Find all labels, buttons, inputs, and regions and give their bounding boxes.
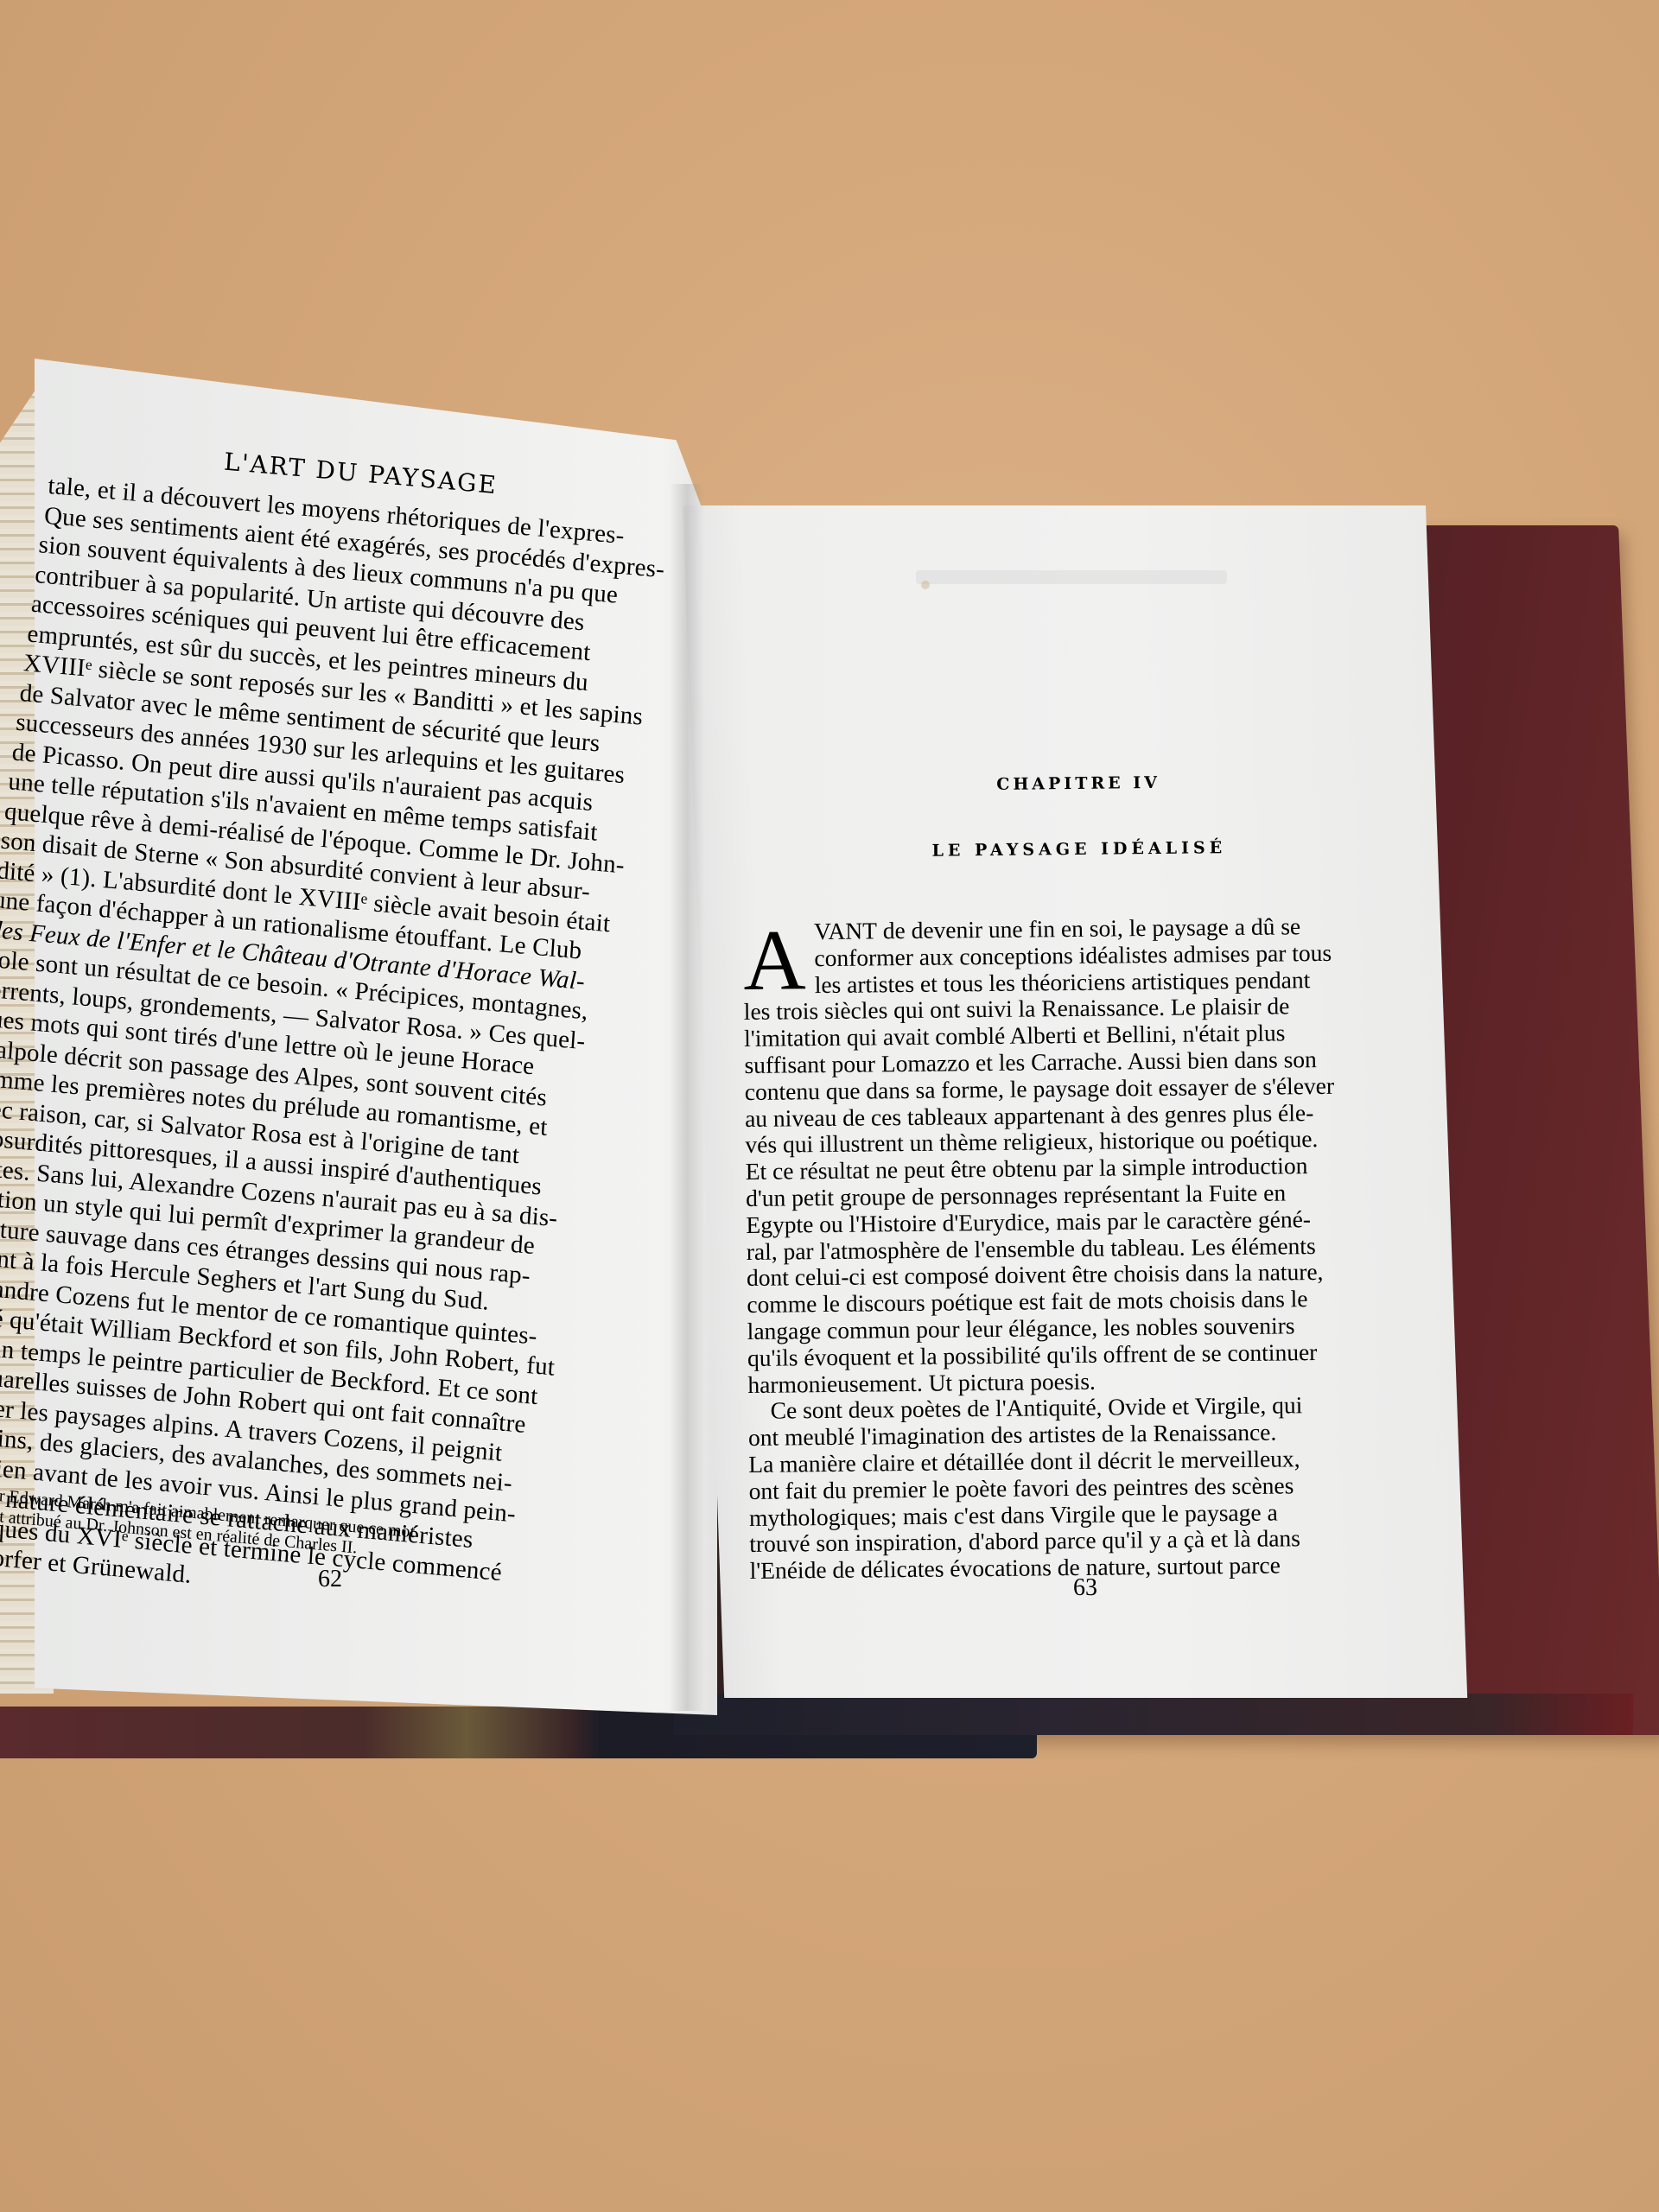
left-page-body: tale, et il a découvert les moyens rhéto… — [0, 471, 703, 1629]
page-number-right: 63 — [1073, 1574, 1097, 1602]
book-spine-bottom-edge — [674, 1694, 1634, 1735]
page-number-left: 62 — [318, 1566, 342, 1593]
right-page-body: A VANT de devenir une fin en soi, le pay… — [743, 912, 1424, 1585]
left-page-content: L'ART DU PAYSAGE tale, et il a découvert… — [0, 432, 706, 1629]
chapter-title: LE PAYSAGE IDÉALISÉ — [742, 836, 1416, 862]
foxing-spot — [921, 581, 930, 589]
show-through-text — [916, 570, 1227, 584]
first-word-small-caps: VANT — [814, 917, 877, 944]
right-page-content: CHAPITRE IV LE PAYSAGE IDÉALISÉ A VANT d… — [741, 771, 1424, 1585]
drop-cap: A — [743, 924, 806, 997]
book-photo: L'ART DU PAYSAGE tale, et il a découvert… — [0, 0, 1659, 2212]
text-run: de devenir une fin en soi, le paysage a … — [883, 912, 1301, 944]
